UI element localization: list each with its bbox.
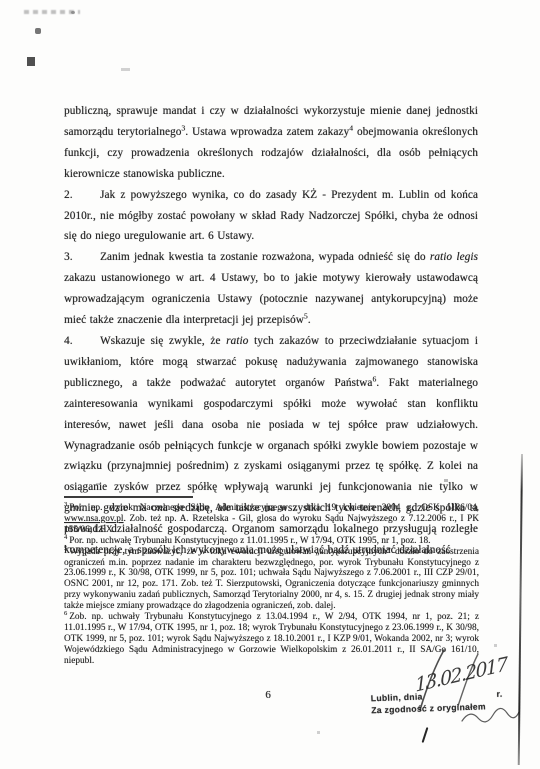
footnote-marker: 6 <box>64 610 67 617</box>
paragraph-2: 2.Jak z powyższego wynika, co do zasady … <box>64 185 478 248</box>
footnote-text: Wypada przy tym zauważyć, że w toku ewol… <box>64 546 479 611</box>
footnote-5: 5Wypada przy tym zauważyć, że w toku ewo… <box>64 546 479 611</box>
footnote-text: Por. np. wyrok Naczelnego Sądu Administr… <box>69 502 479 512</box>
paragraph-number: 3. <box>64 247 100 268</box>
paragraph-continuation: publiczną, sprawuje mandat i czy w dział… <box>64 101 478 185</box>
scan-artifact-dot <box>71 11 75 14</box>
latin-term: ratio <box>226 335 248 347</box>
scan-artifact-speck <box>317 731 320 734</box>
footnotes-block: 3Por. np. wyrok Naczelnego Sądu Administ… <box>64 502 479 666</box>
paragraph-text: Zanim jednak kwestia ta zostanie rozważo… <box>100 251 430 263</box>
page-number: 6 <box>256 689 280 701</box>
scan-artifact-dot <box>35 28 41 34</box>
paragraph-text: Wskazuje się zwykle, że <box>100 335 226 347</box>
paragraph-text: . <box>308 314 311 326</box>
footnote-4: 4Por. np. uchwałę Trybunału Konstytucyjn… <box>64 535 479 546</box>
paragraph-text: Jak z powyższego wynika, co do zasady KŻ… <box>64 189 478 243</box>
printed-url: www.nsa.gov.pl <box>64 513 123 523</box>
handwriting-strokes <box>406 646 526 716</box>
body-text: publiczną, sprawuje mandat i czy w dział… <box>64 101 478 561</box>
scan-artifact-square <box>27 57 35 66</box>
paragraph-number: 4. <box>64 331 100 352</box>
footnote-text: . Zob. też np. A. Rzetelska - Gil, glosa… <box>64 513 479 534</box>
footnote-marker: 4 <box>64 534 67 541</box>
scan-artifact-smudge <box>121 68 130 71</box>
footnote-marker: 5 <box>64 545 67 552</box>
paragraph-text: zakazu ustanowionego w art. 4 Ustawy, bo… <box>64 272 478 326</box>
footnote-separator <box>64 496 193 498</box>
paragraph-number: 2. <box>64 185 100 206</box>
document-page: publiczną, sprawuje mandat i czy w dział… <box>0 0 540 769</box>
signature-scribble <box>460 707 526 727</box>
paragraph-text: . Ustawa wprowadza zatem zakazy <box>185 126 349 138</box>
footnote-marker: 3 <box>64 501 67 508</box>
paragraph-3: 3.Zanim jednak kwestia ta zostanie rozwa… <box>64 247 478 331</box>
handwritten-slash-mark <box>422 727 429 743</box>
footnote-3: 3Por. np. wyrok Naczelnego Sądu Administ… <box>64 502 479 535</box>
latin-term: ratio legis <box>430 251 478 263</box>
footnote-text: Por. np. uchwałę Trybunału Konstytucyjne… <box>69 535 430 545</box>
